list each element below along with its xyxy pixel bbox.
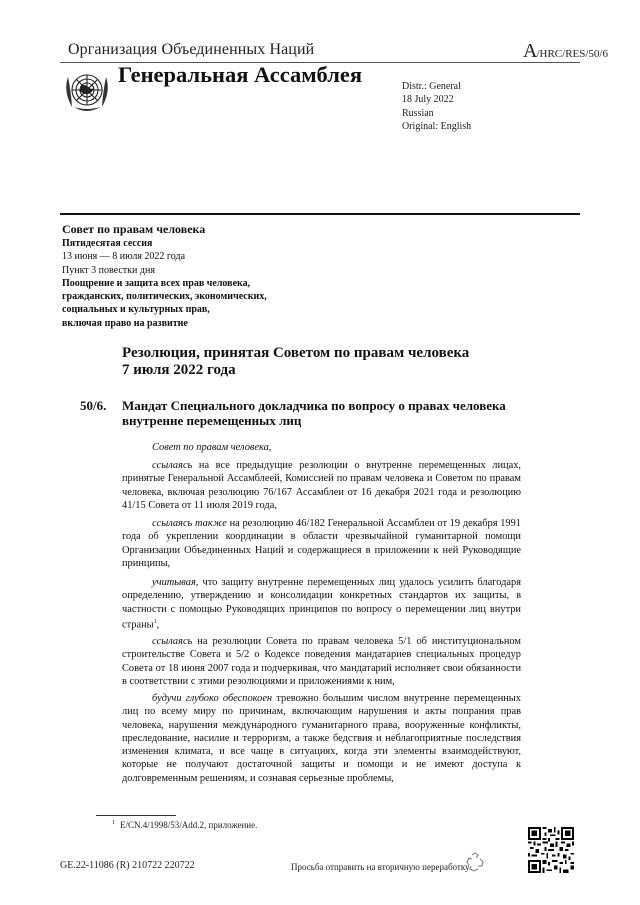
paragraph-tail: , bbox=[157, 619, 160, 630]
document-symbol: A/HRC/RES/50/6 bbox=[523, 40, 608, 63]
footnote: 1E/CN.4/1998/53/Add.2, приложение. bbox=[112, 820, 257, 830]
footnote-number: 1 bbox=[112, 820, 115, 826]
session-dates: 13 июня — 8 июля 2022 года bbox=[62, 250, 267, 263]
distribution-info: Distr.: General 18 July 2022 Russian Ori… bbox=[402, 80, 471, 133]
section-rule bbox=[60, 213, 580, 215]
resolution-number: 50/6. bbox=[80, 398, 106, 414]
symbol-rest: /HRC/RES/50/6 bbox=[536, 48, 608, 60]
resolution-title: Резолюция, принятая Советом по правам че… bbox=[122, 345, 469, 379]
council-name: Совет по правам человека bbox=[62, 222, 205, 237]
preamble-paragraph: ссылаясь на все предыдущие резолюции о в… bbox=[122, 459, 521, 512]
agenda-title-2: гражданских, политических, экономических… bbox=[62, 290, 267, 303]
distr-line: Distr.: General bbox=[402, 80, 471, 93]
preamble-paragraph: будучи глубоко обеспокоен тревожно больш… bbox=[122, 692, 521, 785]
paragraph-lead: будучи глубоко обеспокоен bbox=[152, 693, 272, 704]
session-info: Пятидесятая сессия 13 июня — 8 июля 2022… bbox=[62, 237, 267, 330]
recycle-icon bbox=[464, 851, 486, 873]
organization-name: Организация Объединенных Наций bbox=[68, 41, 314, 59]
distr-date: 18 July 2022 bbox=[402, 93, 471, 106]
paragraph-lead: учитывая bbox=[152, 577, 196, 588]
paragraph-lead: ссылаясь bbox=[152, 636, 192, 647]
un-emblem-icon bbox=[62, 67, 112, 115]
preamble-paragraph: Совет по правам человека, bbox=[122, 441, 521, 454]
paragraph-lead: Совет по правам человека, bbox=[152, 442, 271, 453]
preamble-paragraph: ссылаясь на резолюции Совета по правам ч… bbox=[122, 635, 521, 688]
assembly-title: Генеральная Ассамблея bbox=[118, 62, 362, 88]
resolution-heading: Мандат Специального докладчика по вопрос… bbox=[122, 398, 542, 428]
agenda-title-3: социальных и культурных прав, bbox=[62, 303, 267, 316]
qr-code-icon bbox=[528, 827, 574, 873]
paragraph-lead: ссылаясь bbox=[152, 460, 192, 471]
agenda-title-1: Поощрение и защита всех прав человека, bbox=[62, 277, 267, 290]
recycle-text: Просьба отправить на вторичную переработ… bbox=[291, 862, 470, 872]
resolution-title-line2: 7 июля 2022 года bbox=[122, 362, 469, 379]
paragraph-text: тревожно большим числом внутренне переме… bbox=[122, 693, 521, 784]
symbol-prefix: A bbox=[523, 40, 536, 62]
agenda-title-4: включая право на развитие bbox=[62, 317, 267, 330]
job-number: GE.22-11086 (R) 210722 220722 bbox=[60, 860, 195, 871]
preamble-paragraph: ссылаясь также на резолюцию 46/182 Генер… bbox=[122, 517, 521, 570]
distr-language: Russian bbox=[402, 107, 471, 120]
distr-original: Original: English bbox=[402, 120, 471, 133]
preamble-paragraph: учитывая, что защиту внутренне перемещен… bbox=[122, 576, 521, 632]
agenda-item: Пункт 3 повестки дня bbox=[62, 264, 267, 277]
resolution-title-line1: Резолюция, принятая Советом по правам че… bbox=[122, 345, 469, 362]
paragraph-lead: ссылаясь также bbox=[152, 518, 227, 529]
footnote-text: E/CN.4/1998/53/Add.2, приложение. bbox=[120, 820, 257, 830]
session-name: Пятидесятая сессия bbox=[62, 237, 267, 250]
footnote-rule bbox=[96, 815, 176, 816]
